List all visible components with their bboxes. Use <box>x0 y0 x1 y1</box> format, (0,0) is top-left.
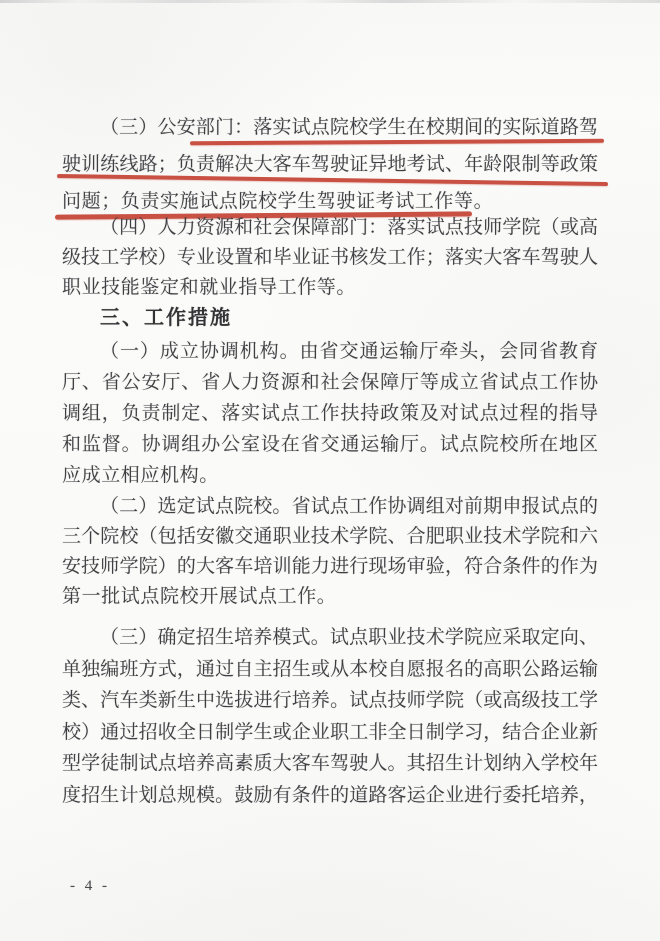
text-line: （二）选定试点院校。省试点工作协调组对前期申报试点的 <box>62 492 598 522</box>
text-line: 调组，负责制定、落实试点工作扶持政策及对试点过程的指导 <box>62 398 598 429</box>
text-line: 厅、省公安厅、省人力资源和社会保障厅等成立省试点工作协 <box>62 367 598 398</box>
text-line: 型学徒制试点培养高素质大客车驾驶人。其招生计划纳入学校年 <box>62 748 598 780</box>
text-line: 度招生计划总规模。鼓励有条件的道路客运企业进行委托培养， <box>62 780 598 812</box>
text-line: 职业技能鉴定和就业指导工作等。 <box>62 273 598 303</box>
text-line: 三个院校（包括安徽交通职业技术学院、合肥职业技术学院和六 <box>62 522 598 552</box>
text-line: 级技工学校）专业设置和毕业证书核发工作；落实大客车驾驶人 <box>62 243 598 273</box>
paragraph-public-security-dept: （三）公安部门：落实试点院校学生在校期间的实际道路驾 驶训练线路；负责解决大客车… <box>62 109 598 220</box>
paragraph-human-resources-dept: （四）人力资源和社会保障部门：落实试点技师学院（或高 级技工学校）专业设置和毕业… <box>62 213 598 303</box>
section-heading-work-measures: 三、工作措施 <box>62 303 636 333</box>
text-line: （三）确定招生培养模式。试点职业技术学院应采取定向、 <box>62 622 598 654</box>
text-line: （一）成立协调机构。由省交通运输厅牵头，会同省教育 <box>62 336 598 367</box>
text-line: 校）通过招收全日制学生或企业职工非全日制学习，结合企业新 <box>62 717 598 749</box>
text-line: 和监督。协调组办公室设在省交通运输厅。试点院校所在地区 <box>62 429 598 460</box>
text-line: 应成立相应机构。 <box>62 460 598 491</box>
paragraph-coordination-body: （一）成立协调机构。由省交通运输厅牵头，会同省教育 厅、省公安厅、省人力资源和社… <box>62 336 598 491</box>
scan-artifact-top-edge <box>0 0 660 3</box>
page-number: - 4 - <box>70 878 110 895</box>
text-line: 安技师学院）的大客车培训能力进行现场审验，符合条件的作为 <box>62 552 598 582</box>
scanned-document-page: （三）公安部门：落实试点院校学生在校期间的实际道路驾 驶训练线路；负责解决大客车… <box>0 0 660 941</box>
paragraph-enrollment-training-model: （三）确定招生培养模式。试点职业技术学院应采取定向、 单独编班方式，通过自主招生… <box>62 622 598 811</box>
text-line: （四）人力资源和社会保障部门：落实试点技师学院（或高 <box>62 213 598 243</box>
paragraph-pilot-school-selection: （二）选定试点院校。省试点工作协调组对前期申报试点的 三个院校（包括安徽交通职业… <box>62 492 598 612</box>
text-line: 第一批试点院校开展试点工作。 <box>62 582 598 612</box>
text-line: 单独编班方式，通过自主招生或从本校自愿报名的高职公路运输 <box>62 654 598 686</box>
text-line: 类、汽车类新生中选拔进行培养。试点技师学院（或高级技工学 <box>62 685 598 717</box>
